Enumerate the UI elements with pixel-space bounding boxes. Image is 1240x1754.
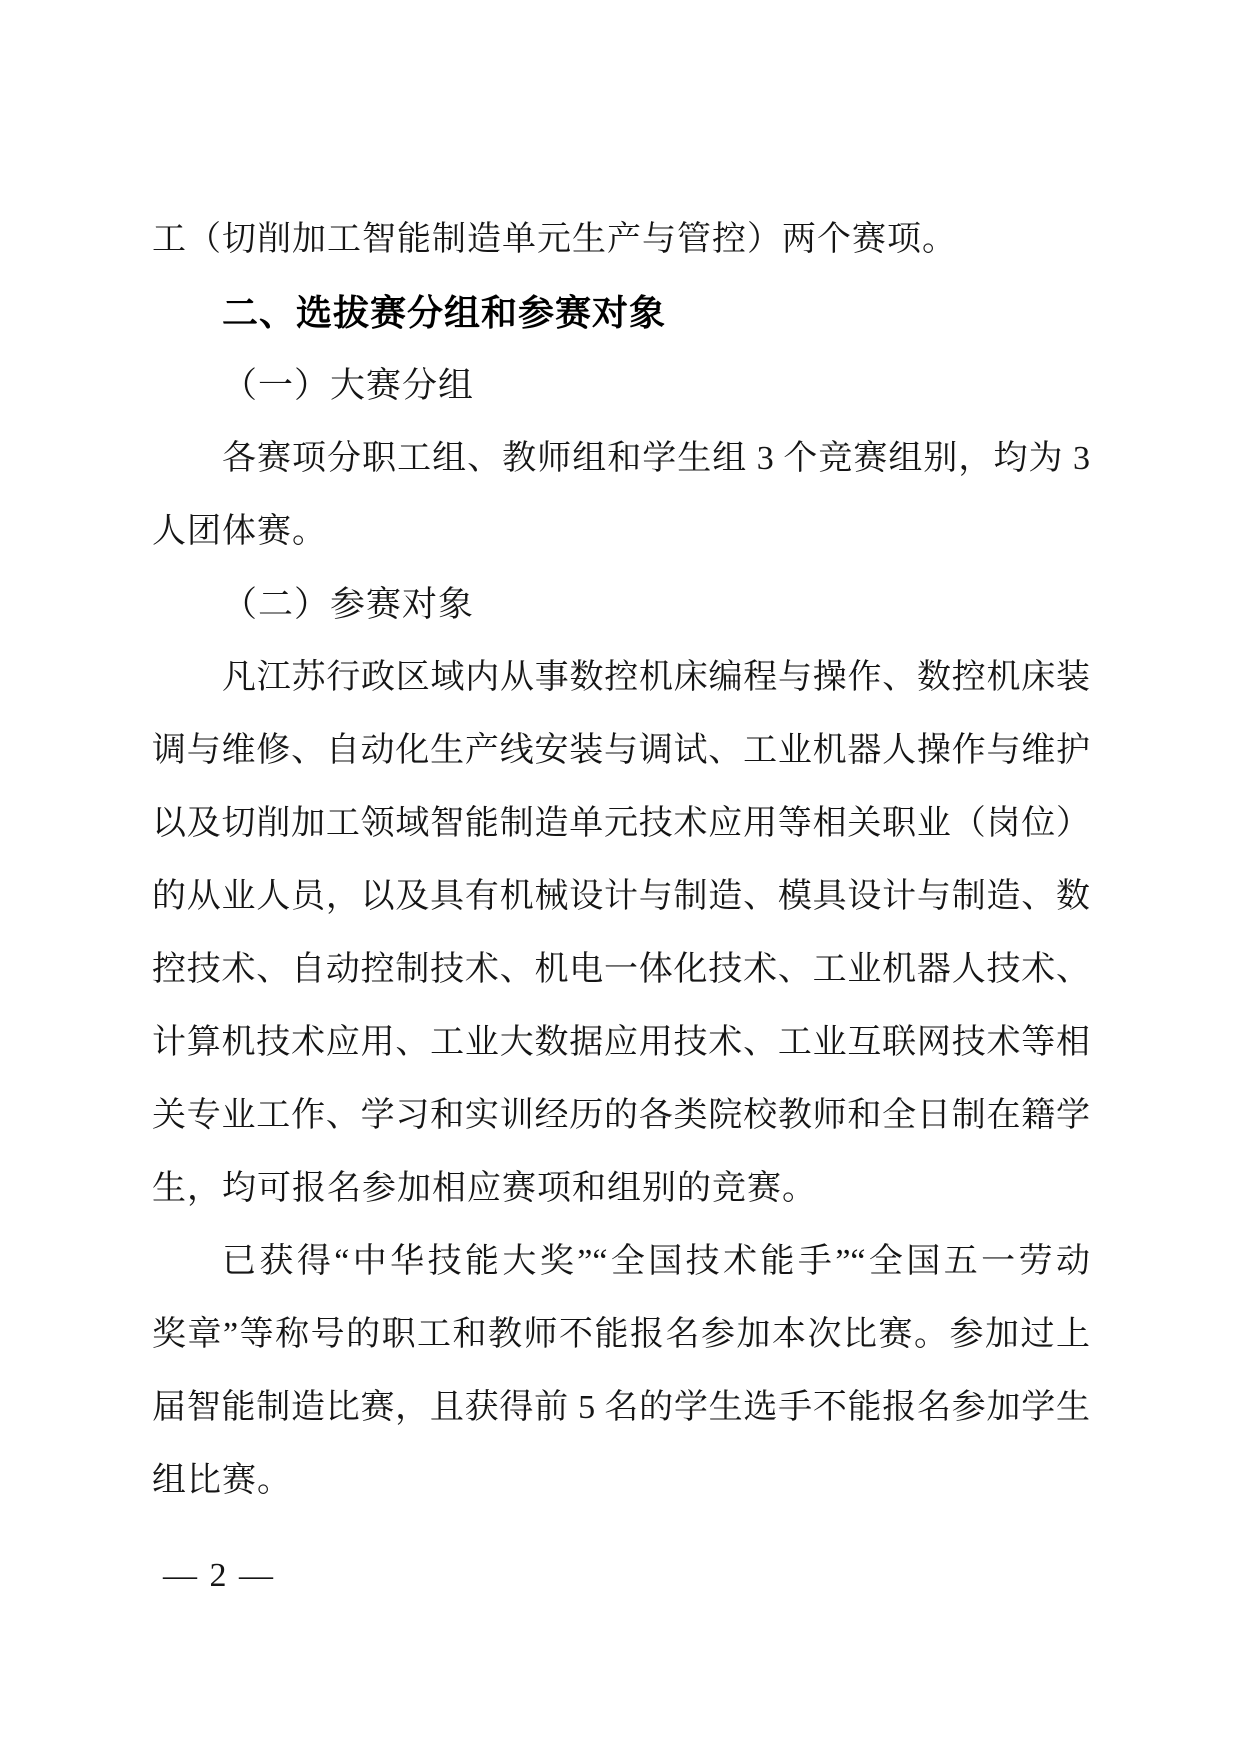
- document-line: 以及切削加工领域智能制造单元技术应用等相关职业（岗位）: [152, 787, 1090, 860]
- document-line: 调与维修、自动化生产线安装与调试、工业机器人操作与维护: [152, 714, 1090, 787]
- document-page: 工（切削加工智能制造单元生产与管控）两个赛项。二、选拔赛分组和参赛对象（一）大赛…: [0, 0, 1240, 1754]
- document-line: 凡江苏行政区域内从事数控机床编程与操作、数控机床装: [152, 641, 1090, 714]
- document-line: 计算机技术应用、工业大数据应用技术、工业互联网技术等相: [152, 1006, 1090, 1079]
- document-line: 组比赛。: [152, 1444, 1090, 1517]
- page-number: — 2 —: [163, 1551, 275, 1601]
- subsection-heading: （二）参赛对象: [152, 568, 1090, 641]
- document-line: 控技术、自动控制技术、机电一体化技术、工业机器人技术、: [152, 933, 1090, 1006]
- document-line: 人团体赛。: [152, 495, 1090, 568]
- section-heading: 二、选拔赛分组和参赛对象: [152, 276, 1090, 349]
- document-line: 关专业工作、学习和实训经历的各类院校教师和全日制在籍学: [152, 1079, 1090, 1152]
- document-line: 届智能制造比赛，且获得前 5 名的学生选手不能报名参加学生: [152, 1371, 1090, 1444]
- document-line: 生，均可报名参加相应赛项和组别的竞赛。: [152, 1152, 1090, 1225]
- document-line: 已获得“中华技能大奖”“全国技术能手”“全国五一劳动: [152, 1225, 1090, 1298]
- document-line: 各赛项分职工组、教师组和学生组 3 个竞赛组别，均为 3: [152, 422, 1090, 495]
- document-line: 工（切削加工智能制造单元生产与管控）两个赛项。: [152, 203, 1090, 276]
- document-line: 的从业人员，以及具有机械设计与制造、模具设计与制造、数: [152, 860, 1090, 933]
- document-line: 奖章”等称号的职工和教师不能报名参加本次比赛。参加过上: [152, 1298, 1090, 1371]
- document-body: 工（切削加工智能制造单元生产与管控）两个赛项。二、选拔赛分组和参赛对象（一）大赛…: [152, 203, 1090, 1517]
- subsection-heading: （一）大赛分组: [152, 349, 1090, 422]
